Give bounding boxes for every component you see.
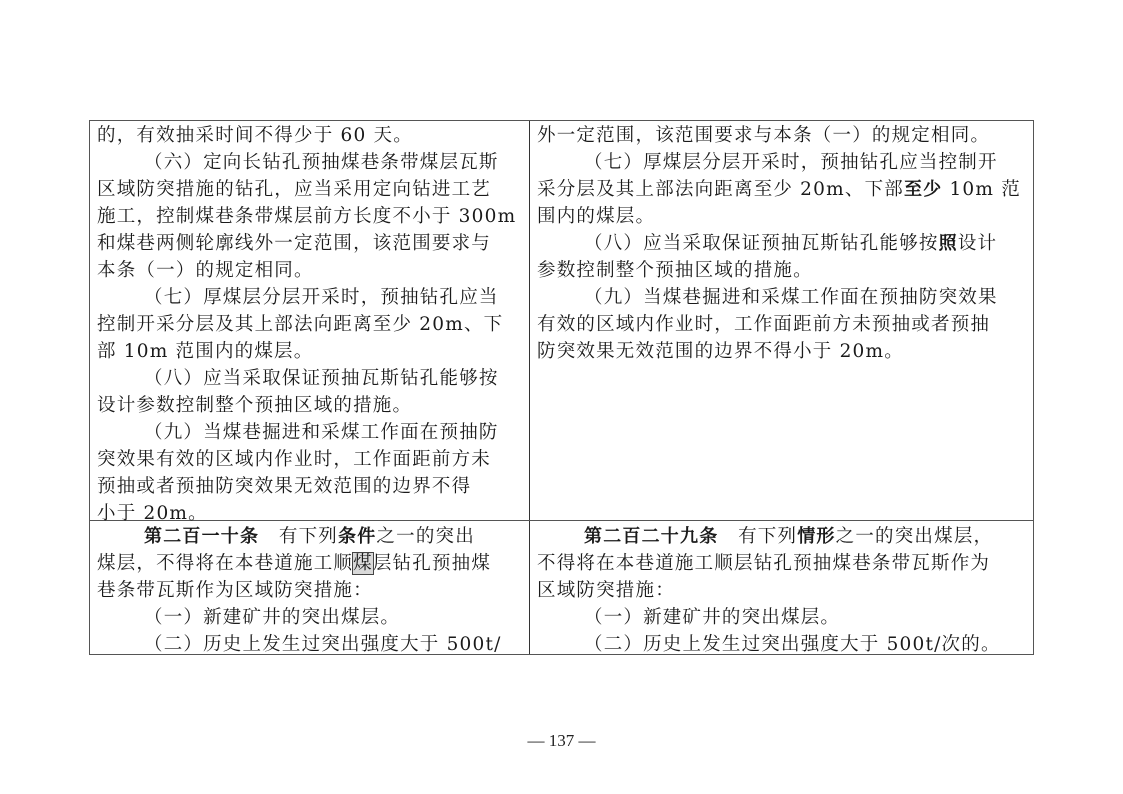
page-number: — 137 — — [0, 731, 1123, 751]
text-line: 采分层及其上部法向距离至少 20m、下部至少 10m 范 — [537, 176, 1032, 203]
bold-revision: 照 — [939, 233, 958, 254]
text-line: （七）厚煤层分层开采时，预抽钻孔应当 — [97, 284, 527, 311]
text-line: 煤层，不得将在本巷道施工顺煤层钻孔预抽煤 — [97, 550, 527, 577]
text-line: （一）新建矿井的突出煤层。 — [97, 604, 527, 631]
cell-old-text-top: 的，有效抽采时间不得少于 60 天。 （六）定向长钻孔预抽煤巷条带煤层瓦斯 区域… — [97, 122, 527, 527]
text-line: 预抽或者预抽防突效果无效范围的边界不得 — [97, 473, 527, 500]
cell-new-article: 第二百二十九条 有下列情形之一的突出煤层， 不得将在本巷道施工顺层钻孔预抽煤巷条… — [537, 523, 1032, 658]
text-line: 不得将在本巷道施工顺层钻孔预抽煤巷条带瓦斯作为 — [537, 550, 1032, 577]
column-divider — [529, 121, 530, 654]
text-line: （八）应当采取保证预抽瓦斯钻孔能够按 — [97, 365, 527, 392]
text-line: （二）历史上发生过突出强度大于 500t/ — [97, 631, 527, 658]
text-line: 控制开采分层及其上部法向距离至少 20m、下 — [97, 311, 527, 338]
text-line: 施工，控制煤巷条带煤层前方长度不小于 300m — [97, 203, 527, 230]
comparison-table: 的，有效抽采时间不得少于 60 天。 （六）定向长钻孔预抽煤巷条带煤层瓦斯 区域… — [89, 120, 1034, 655]
text-line: （九）当煤巷掘进和采煤工作面在预抽防 — [97, 419, 527, 446]
text-line: （六）定向长钻孔预抽煤巷条带煤层瓦斯 — [97, 149, 527, 176]
text-line: 防突效果无效范围的边界不得小于 20m。 — [537, 338, 1032, 365]
bold-revision: 情形 — [797, 526, 835, 547]
text-line: （九）当煤巷掘进和采煤工作面在预抽防突效果 — [537, 284, 1032, 311]
text-line: 区域防突措施： — [537, 577, 1032, 604]
article-title: 第二百一十条 — [144, 526, 259, 547]
article-title: 第二百二十九条 — [584, 526, 718, 547]
text-line: （七）厚煤层分层开采时，预抽钻孔应当控制开 — [537, 149, 1032, 176]
highlighted-char: 煤 — [353, 553, 373, 574]
text-line: 第二百一十条 有下列条件之一的突出 — [97, 523, 527, 550]
bold-revision: 至少 — [904, 179, 942, 200]
text-line: 部 10m 范围内的煤层。 — [97, 338, 527, 365]
text-line: 第二百二十九条 有下列情形之一的突出煤层， — [537, 523, 1032, 550]
text-line: 围内的煤层。 — [537, 203, 1032, 230]
text-line: 有效的区域内作业时，工作面距前方未预抽或者预抽 — [537, 311, 1032, 338]
text-line: （八）应当采取保证预抽瓦斯钻孔能够按照设计 — [537, 230, 1032, 257]
text-line: 外一定范围，该范围要求与本条（一）的规定相同。 — [537, 122, 1032, 149]
text-line: （一）新建矿井的突出煤层。 — [537, 604, 1032, 631]
text-line: 设计参数控制整个预抽区域的措施。 — [97, 392, 527, 419]
text-line: 本条（一）的规定相同。 — [97, 257, 527, 284]
text-line: （二）历史上发生过突出强度大于 500t/次的。 — [537, 631, 1032, 658]
text-line: 突效果有效的区域内作业时，工作面距前方未 — [97, 446, 527, 473]
text-line: 参数控制整个预抽区域的措施。 — [537, 257, 1032, 284]
text-line: 和煤巷两侧轮廓线外一定范围，该范围要求与 — [97, 230, 527, 257]
cell-new-text-top: 外一定范围，该范围要求与本条（一）的规定相同。 （七）厚煤层分层开采时，预抽钻孔… — [537, 122, 1032, 365]
text-line: 巷条带瓦斯作为区域防突措施： — [97, 577, 527, 604]
cell-old-article: 第二百一十条 有下列条件之一的突出 煤层，不得将在本巷道施工顺煤层钻孔预抽煤 巷… — [97, 523, 527, 658]
text-line: 区域防突措施的钻孔，应当采用定向钻进工艺 — [97, 176, 527, 203]
bold-revision: 条件 — [338, 526, 376, 547]
text-line: 的，有效抽采时间不得少于 60 天。 — [97, 122, 527, 149]
